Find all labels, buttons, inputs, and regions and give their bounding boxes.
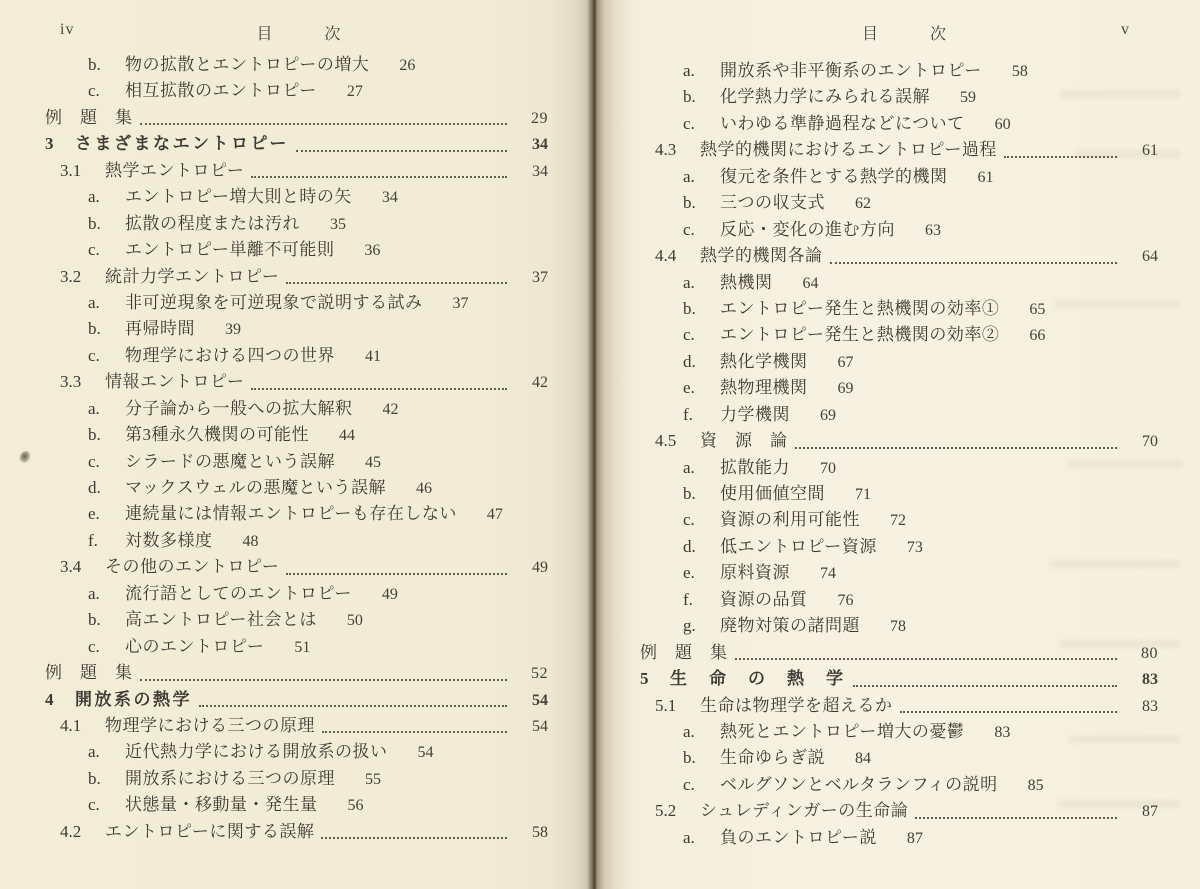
entry-title: さまざまなエントロピー — [75, 131, 289, 157]
entry-letter: f. — [683, 587, 720, 613]
leader-dots — [735, 658, 1118, 660]
toc-entry: c.相互拡散のエントロピー27 — [45, 78, 548, 104]
entry-letter: d. — [683, 349, 720, 375]
entry-title: ベルグソンとベルタランフィの説明 — [720, 772, 998, 798]
entry-page-number: 34 — [382, 185, 398, 211]
entry-title: 使用価値空間 — [720, 481, 825, 507]
toc-page-left: iv 目次 b.物の拡散とエントロピーの増大26c.相互拡散のエントロピー27例… — [0, 0, 597, 889]
toc-entry: f.資源の品質76 — [640, 587, 1158, 613]
entry-page-number: 51 — [294, 635, 310, 661]
toc-entry: d.熱化学機関67 — [640, 349, 1158, 375]
toc-entry: c.心のエントロピー51 — [45, 634, 548, 660]
entry-title: シュレディンガーの生命論 — [700, 798, 908, 824]
entry-letter: a. — [683, 58, 720, 84]
entry-title: 拡散の程度または汚れ — [125, 211, 300, 237]
toc-entry: b.三つの収支式62 — [640, 190, 1158, 216]
entry-page-number: 27 — [347, 79, 363, 105]
entry-number: 3.2 — [60, 264, 105, 290]
entry-page-number: 26 — [399, 53, 415, 79]
leader-dots — [251, 388, 507, 390]
entry-title: 原料資源 — [720, 560, 790, 586]
entry-title: 開放系や非平衡系のエントロピー — [720, 58, 982, 84]
entry-letter: b. — [88, 766, 125, 792]
entry-page-number: 61 — [978, 165, 994, 191]
toc-entry: 5.2シュレディンガーの生命論87 — [640, 798, 1158, 824]
entry-page-number: 56 — [348, 793, 364, 819]
toc-page-right: v 目次 a.開放系や非平衡系のエントロピー58b.化学熱力学にみられる誤解59… — [608, 0, 1200, 889]
entry-title: 再帰時間 — [125, 316, 195, 342]
toc-entry: c.エントロピー発生と熱機関の効率②66 — [640, 322, 1158, 348]
entry-page-number: 67 — [838, 350, 854, 376]
entry-number: 4.3 — [655, 137, 700, 163]
entry-title: 資 源 論 — [700, 428, 788, 454]
entry-letter: a. — [683, 270, 720, 296]
entry-page-number: 87 — [1124, 799, 1158, 825]
leader-dots — [286, 282, 507, 284]
entry-letter: d. — [683, 534, 720, 560]
entry-page-number: 37 — [514, 265, 548, 291]
toc-entry: 5生 命 の 熱 学83 — [640, 666, 1158, 692]
entry-title: 開放系の熱学 — [75, 687, 192, 713]
entry-title: エントロピー発生と熱機関の効率② — [720, 322, 999, 348]
entry-page-number: 64 — [803, 271, 819, 297]
toc-entries: a.開放系や非平衡系のエントロピー58b.化学熱力学にみられる誤解59c.いわゆ… — [608, 58, 1200, 851]
toc-entry: 4.1物理学における三つの原理54 — [45, 713, 548, 739]
entry-letter: e. — [683, 560, 720, 586]
toc-entry: 4.4熱学的機関各論64 — [640, 243, 1158, 269]
entry-letter: d. — [88, 475, 125, 501]
entry-page-number: 48 — [243, 529, 259, 555]
toc-entry: e.原料資源74 — [640, 560, 1158, 586]
entry-title: 第3種永久機関の可能性 — [125, 422, 309, 448]
toc-entry: a.近代熱力学における開放系の扱い54 — [45, 739, 548, 765]
toc-entry: e.熱物理機関69 — [640, 375, 1158, 401]
entry-page-number: 59 — [960, 85, 976, 111]
toc-entry: a.拡散能力70 — [640, 455, 1158, 481]
leader-dots — [853, 685, 1118, 687]
entry-letter: e. — [683, 375, 720, 401]
toc-entry: f.対数多様度48 — [45, 528, 548, 554]
entry-number: 4.5 — [655, 428, 700, 454]
toc-entry: a.非可逆現象を可逆現象で説明する試み37 — [45, 290, 548, 316]
entry-letter: c. — [88, 634, 125, 660]
entry-page-number: 69 — [820, 403, 836, 429]
toc-entry: a.開放系や非平衡系のエントロピー58 — [640, 58, 1158, 84]
toc-entry: a.熱機関64 — [640, 270, 1158, 296]
entry-letter: c. — [88, 343, 125, 369]
toc-entry: e.連続量には情報エントロピーも存在しない47 — [45, 501, 548, 527]
toc-entry: b.再帰時間39 — [45, 316, 548, 342]
entry-title: エントロピー増大則と時の矢 — [125, 184, 352, 210]
entry-number: 5.2 — [655, 798, 700, 824]
entry-number: 4.1 — [60, 713, 105, 739]
entry-number: 3.4 — [60, 554, 105, 580]
entry-letter: a. — [683, 164, 720, 190]
entry-title: 物の拡散とエントロピーの増大 — [125, 52, 369, 78]
entry-title: 情報エントロピー — [105, 369, 244, 395]
entry-page-number: 62 — [855, 191, 871, 217]
contents-header: 目次 — [608, 21, 1200, 44]
entry-title: 分子論から一般への拡大解釈 — [125, 396, 353, 422]
entry-letter: c. — [683, 507, 720, 533]
leader-dots — [1004, 156, 1117, 158]
toc-entry: a.復元を条件とする熱学的機関61 — [640, 164, 1158, 190]
toc-entry: b.エントロピー発生と熱機関の効率①65 — [640, 296, 1158, 322]
entry-page-number: 83 — [1124, 667, 1158, 693]
entry-title: 熱機関 — [720, 270, 773, 296]
entry-page-number: 65 — [1029, 297, 1045, 323]
entry-title: 熱死とエントロピー増大の憂鬱 — [720, 719, 964, 745]
contents-header-char: 目 — [836, 26, 904, 43]
entry-number: 4.4 — [655, 243, 700, 269]
entry-page-number: 63 — [925, 218, 941, 244]
toc-entry: c.いわゆる準静過程などについて60 — [640, 111, 1158, 137]
toc-entry: c.状態量・移動量・発生量56 — [45, 792, 548, 818]
entry-title: 資源の利用可能性 — [720, 507, 860, 533]
entry-letter: b. — [88, 211, 125, 237]
toc-entry: 3.4その他のエントロピー49 — [45, 554, 548, 580]
entry-title: エントロピー単離不可能則 — [125, 237, 334, 263]
entry-page-number: 54 — [514, 714, 548, 740]
leader-dots — [795, 447, 1118, 449]
entry-page-number: 78 — [890, 614, 906, 640]
entry-title: 相互拡散のエントロピー — [125, 78, 317, 104]
toc-entry: 3.2統計力学エントロピー37 — [45, 264, 548, 290]
entry-page-number: 74 — [820, 561, 836, 587]
entry-title: マックスウェルの悪魔という誤解 — [125, 475, 386, 501]
entry-letter: a. — [88, 739, 125, 765]
contents-header-char: 次 — [904, 26, 972, 43]
entry-page-number: 41 — [365, 344, 381, 370]
leader-dots — [321, 837, 507, 839]
entry-letter: a. — [683, 825, 720, 851]
toc-entry: d.マックスウェルの悪魔という誤解46 — [45, 475, 548, 501]
toc-entry: f.力学機関69 — [640, 402, 1158, 428]
entry-page-number: 36 — [364, 238, 380, 264]
entry-letter: b. — [88, 607, 125, 633]
entry-title: 例 題 集 — [45, 660, 133, 686]
entry-title: 連続量には情報エントロピーも存在しない — [125, 501, 457, 527]
toc-entry: b.使用価値空間71 — [640, 481, 1158, 507]
entry-letter: c. — [88, 449, 125, 475]
entry-letter: f. — [683, 402, 720, 428]
leader-dots — [296, 150, 507, 152]
toc-entry: 4.2エントロピーに関する誤解58 — [45, 819, 548, 845]
entry-title: 負のエントロピー説 — [720, 825, 877, 851]
leader-dots — [900, 711, 1118, 713]
toc-entry: a.エントロピー増大則と時の矢34 — [45, 184, 548, 210]
entry-title: 物理学における三つの原理 — [105, 713, 315, 739]
leader-dots — [140, 679, 508, 681]
toc-entry: 5.1生命は物理学を超えるか83 — [640, 693, 1158, 719]
entry-letter: a. — [88, 184, 125, 210]
entry-letter: c. — [88, 237, 125, 263]
entry-page-number: 70 — [1124, 429, 1158, 455]
leader-dots — [251, 176, 507, 178]
entry-title: 非可逆現象を可逆現象で説明する試み — [125, 290, 423, 316]
toc-entry: 例 題 集52 — [45, 660, 548, 686]
toc-entry: 4.5資 源 論70 — [640, 428, 1158, 454]
toc-entry: b.拡散の程度または汚れ35 — [45, 211, 548, 237]
entry-page-number: 55 — [365, 767, 381, 793]
entry-title: 状態量・移動量・発生量 — [125, 792, 318, 818]
entry-title: 流行語としてのエントロピー — [125, 581, 352, 607]
entry-number: 4.2 — [60, 819, 105, 845]
entry-title: 例 題 集 — [45, 105, 133, 131]
entry-letter: c. — [683, 772, 720, 798]
toc-entry: d.低エントロピー資源73 — [640, 534, 1158, 560]
entry-title: 生 命 の 熱 学 — [670, 666, 846, 692]
toc-entry: c.資源の利用可能性72 — [640, 507, 1158, 533]
entry-page-number: 35 — [330, 212, 346, 238]
leader-dots — [140, 123, 508, 125]
entry-title: 例 題 集 — [640, 640, 728, 666]
entry-number: 3 — [45, 131, 75, 157]
entry-page-number: 58 — [1012, 59, 1028, 85]
toc-entry: 3.3情報エントロピー42 — [45, 369, 548, 395]
entry-letter: a. — [683, 719, 720, 745]
entry-letter: a. — [88, 581, 125, 607]
toc-entry: b.物の拡散とエントロピーの増大26 — [45, 52, 548, 78]
entry-letter: c. — [88, 792, 125, 818]
contents-header: 目次 — [0, 21, 597, 44]
entry-number: 5 — [640, 666, 670, 692]
toc-entry: a.分子論から一般への拡大解釈42 — [45, 396, 548, 422]
entry-title: 熱学的機関におけるエントロピー過程 — [700, 137, 997, 163]
entry-page-number: 84 — [855, 746, 871, 772]
entry-page-number: 83 — [1124, 694, 1158, 720]
entry-letter: b. — [683, 190, 720, 216]
entry-letter: a. — [88, 396, 125, 422]
entry-page-number: 34 — [514, 132, 548, 158]
entry-title: 生命ゆらぎ説 — [720, 745, 825, 771]
toc-entry: b.第3種永久機関の可能性44 — [45, 422, 548, 448]
entry-page-number: 54 — [418, 740, 434, 766]
entry-page-number: 42 — [383, 397, 399, 423]
toc-entry: c.ベルグソンとベルタランフィの説明85 — [640, 772, 1158, 798]
entry-letter: e. — [88, 501, 125, 527]
entry-page-number: 60 — [995, 112, 1011, 138]
entry-number: 4 — [45, 687, 75, 713]
entry-title: 開放系における三つの原理 — [125, 766, 335, 792]
entry-letter: b. — [683, 481, 720, 507]
leader-dots — [286, 573, 507, 575]
entry-title: その他のエントロピー — [105, 554, 279, 580]
toc-entries: b.物の拡散とエントロピーの増大26c.相互拡散のエントロピー27例 題 集29… — [0, 52, 597, 845]
entry-title: 対数多様度 — [125, 528, 213, 554]
entry-title: 熱化学機関 — [720, 349, 808, 375]
entry-letter: c. — [683, 217, 720, 243]
entry-title: 廃物対策の諸問題 — [720, 613, 860, 639]
toc-entry: 4.3熱学的機関におけるエントロピー過程61 — [640, 137, 1158, 163]
entry-page-number: 54 — [514, 688, 548, 714]
entry-title: 復元を条件とする熱学的機関 — [720, 164, 948, 190]
leader-dots — [915, 817, 1117, 819]
contents-header-char: 次 — [299, 26, 367, 43]
entry-page-number: 39 — [225, 317, 241, 343]
entry-letter: b. — [683, 745, 720, 771]
entry-number: 5.1 — [655, 693, 700, 719]
toc-entry: b.生命ゆらぎ説84 — [640, 745, 1158, 771]
entry-page-number: 71 — [855, 482, 871, 508]
contents-header-char: 目 — [230, 26, 298, 43]
toc-entry: c.エントロピー単離不可能則36 — [45, 237, 548, 263]
entry-title: 熱学的機関各論 — [700, 243, 823, 269]
entry-letter: c. — [88, 78, 125, 104]
entry-page-number: 85 — [1028, 773, 1044, 799]
page-header: v 目次 — [608, 21, 1200, 47]
entry-title: 拡散能力 — [720, 455, 790, 481]
entry-page-number: 44 — [339, 423, 355, 449]
entry-page-number: 72 — [890, 508, 906, 534]
entry-title: 資源の品質 — [720, 587, 808, 613]
toc-entry: a.流行語としてのエントロピー49 — [45, 581, 548, 607]
toc-entry: 例 題 集80 — [640, 640, 1158, 666]
entry-page-number: 61 — [1124, 138, 1158, 164]
entry-letter: f. — [88, 528, 125, 554]
leader-dots — [322, 731, 507, 733]
entry-title: 心のエントロピー — [125, 634, 264, 660]
entry-number: 3.3 — [60, 369, 105, 395]
page-header: iv 目次 — [0, 21, 597, 47]
entry-title: シラードの悪魔という誤解 — [125, 449, 335, 475]
toc-entry: c.物理学における四つの世界41 — [45, 343, 548, 369]
entry-letter: b. — [88, 422, 125, 448]
entry-title: 物理学における四つの世界 — [125, 343, 335, 369]
entry-page-number: 45 — [365, 450, 381, 476]
entry-title: 生命は物理学を超えるか — [700, 693, 893, 719]
entry-title: 近代熱力学における開放系の扱い — [125, 739, 388, 765]
entry-page-number: 64 — [1124, 244, 1158, 270]
entry-page-number: 66 — [1029, 323, 1045, 349]
entry-page-number: 47 — [487, 502, 503, 528]
entry-title: 高エントロピー社会とは — [125, 607, 317, 633]
toc-entry: c.反応・変化の進む方向63 — [640, 217, 1158, 243]
entry-page-number: 69 — [838, 376, 854, 402]
entry-page-number: 49 — [382, 582, 398, 608]
toc-entry: 例 題 集29 — [45, 105, 548, 131]
entry-title: 熱学エントロピー — [105, 158, 244, 184]
entry-page-number: 80 — [1124, 641, 1158, 667]
entry-title: 化学熱力学にみられる誤解 — [720, 84, 930, 110]
entry-page-number: 83 — [994, 720, 1010, 746]
toc-entry: g.廃物対策の諸問題78 — [640, 613, 1158, 639]
entry-title: 三つの収支式 — [720, 190, 825, 216]
entry-page-number: 50 — [347, 608, 363, 634]
toc-entry: 3.1熱学エントロピー34 — [45, 158, 548, 184]
entry-page-number: 37 — [453, 291, 469, 317]
entry-page-number: 76 — [838, 588, 854, 614]
entry-page-number: 49 — [514, 555, 548, 581]
entry-page-number: 70 — [820, 456, 836, 482]
toc-entry: 3さまざまなエントロピー34 — [45, 131, 548, 157]
leader-dots — [199, 705, 507, 707]
entry-number: 3.1 — [60, 158, 105, 184]
toc-entry: b.開放系における三つの原理55 — [45, 766, 548, 792]
entry-title: エントロピー発生と熱機関の効率① — [720, 296, 999, 322]
entry-letter: c. — [683, 111, 720, 137]
entry-title: 力学機関 — [720, 402, 790, 428]
entry-page-number: 46 — [416, 476, 432, 502]
entry-letter: b. — [683, 84, 720, 110]
toc-entry: 4開放系の熱学54 — [45, 687, 548, 713]
toc-entry: b.化学熱力学にみられる誤解59 — [640, 84, 1158, 110]
entry-letter: a. — [683, 455, 720, 481]
entry-page-number: 58 — [514, 820, 548, 846]
entry-page-number: 87 — [907, 826, 923, 852]
entry-letter: b. — [88, 52, 125, 78]
entry-page-number: 52 — [514, 661, 548, 687]
entry-page-number: 34 — [514, 159, 548, 185]
entry-letter: a. — [88, 290, 125, 316]
entry-page-number: 42 — [514, 370, 548, 396]
entry-letter: b. — [88, 316, 125, 342]
entry-title: 低エントロピー資源 — [720, 534, 877, 560]
entry-page-number: 29 — [514, 106, 548, 132]
entry-title: 反応・変化の進む方向 — [720, 217, 895, 243]
entry-title: いわゆる準静過程などについて — [720, 111, 965, 137]
entry-letter: c. — [683, 322, 720, 348]
entry-page-number: 73 — [907, 535, 923, 561]
leader-dots — [830, 262, 1118, 264]
entry-title: エントロピーに関する誤解 — [105, 819, 314, 845]
toc-entry: a.負のエントロピー説87 — [640, 825, 1158, 851]
toc-entry: c.シラードの悪魔という誤解45 — [45, 449, 548, 475]
entry-title: 統計力学エントロピー — [105, 264, 279, 290]
entry-letter: g. — [683, 613, 720, 639]
entry-title: 熱物理機関 — [720, 375, 808, 401]
entry-letter: b. — [683, 296, 720, 322]
toc-entry: b.高エントロピー社会とは50 — [45, 607, 548, 633]
toc-entry: a.熱死とエントロピー増大の憂鬱83 — [640, 719, 1158, 745]
